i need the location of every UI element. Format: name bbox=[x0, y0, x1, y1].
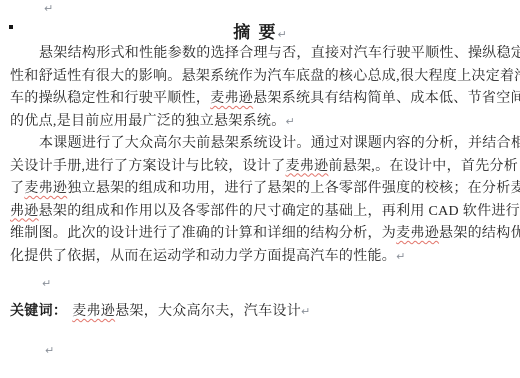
line-text: 车的操纵稳定性和行驶平顺性， bbox=[10, 91, 210, 106]
abstract-line-2: 性和舒适性有很大的影响。悬架系统作为汽车底盘的核心总成,很大程度上决定着汽 bbox=[10, 66, 510, 89]
abstract-title-line: 摘 要↵ bbox=[0, 18, 520, 43]
abstract-line-4: 的优点,是目前应用最广泛的独立悬架系统。↵ bbox=[10, 111, 510, 134]
final-pilcrow-mark: ↵ bbox=[45, 344, 54, 357]
line-text: 关设计手册,进行了方案设计与比较，设计了 bbox=[10, 159, 286, 174]
abstract-body: 悬架结构形式和性能参数的选择合理与否，直接对汽车行驶平顺性、操纵稳定 性和舒适性… bbox=[10, 43, 510, 268]
title-pilcrow-mark: ↵ bbox=[278, 28, 287, 41]
line-text: 性和舒适性有很大的影响。悬架系统作为汽车底盘的核心总成,很大程度上决定着汽 bbox=[10, 69, 520, 84]
abstract-line-5: 本课题进行了大众高尔夫前悬架系统设计。通过对课题内容的分析，并结合相 bbox=[10, 133, 510, 156]
line-text: 本课题进行了大众高尔夫前悬架系统设计。通过对课题内容的分析，并结合相 bbox=[39, 136, 520, 151]
misspelled-word: 弗逊 bbox=[10, 204, 39, 219]
abstract-line-10: 化提供了依据，从而在运动学和动力学方面提高汽车的性能。↵ bbox=[10, 246, 510, 269]
abstract-line-6: 关设计手册,进行了方案设计与比较，设计了麦弗逊前悬架,。在设计中，首先分析 bbox=[10, 156, 510, 179]
line-text: 的优点,是目前应用最广泛的独立悬架系统。 bbox=[10, 114, 286, 129]
keywords-pilcrow-mark: ↵ bbox=[301, 305, 310, 318]
line-text: 悬架系统具有结构简单、成本低、节省空间 bbox=[253, 91, 520, 106]
line-text: 悬架的结构优 bbox=[439, 226, 520, 241]
abstract-line-3: 车的操纵稳定性和行驶平顺性，麦弗逊悬架系统具有结构简单、成本低、节省空间 bbox=[10, 88, 510, 111]
line-text: 了 bbox=[10, 181, 24, 196]
keywords-line: 关键词：麦弗逊悬架，大众高尔夫，汽车设计↵ bbox=[10, 301, 310, 323]
line-text: 化提供了依据，从而在运动学和动力学方面提高汽车的性能。 bbox=[10, 249, 396, 264]
abstract-line-9: 维制图。此次的设计进行了准确的计算和详细的结构分析，为麦弗逊悬架的结构优 bbox=[10, 223, 510, 246]
misspelled-word: 麦弗逊 bbox=[286, 159, 329, 174]
misspelled-word: 麦弗逊 bbox=[210, 91, 253, 106]
keywords-label: 关键词： bbox=[10, 304, 67, 319]
line-text: 独立悬架的组成和功用，进行了悬架的上各零部件强度的校核；在分析麦 bbox=[67, 181, 520, 196]
document-page[interactable]: ↵ 摘 要↵ 悬架结构形式和性能参数的选择合理与否，直接对汽车行驶平顺性、操纵稳… bbox=[0, 0, 520, 378]
misspelled-word: 麦弗逊 bbox=[72, 304, 115, 319]
page-title: 摘 要 bbox=[233, 23, 277, 42]
keywords-text: 悬架，大众高尔夫，汽车设计 bbox=[115, 304, 301, 319]
abstract-line-8: 弗逊悬架的组成和作用以及各零部件的尺寸确定的基础上，再利用 CAD 软件进行二 bbox=[10, 201, 510, 224]
line-text: 悬架结构形式和性能参数的选择合理与否，直接对汽车行驶平顺性、操纵稳定 bbox=[39, 46, 520, 61]
paragraph-pilcrow-mark: ↵ bbox=[286, 115, 295, 128]
line-text: 维制图。此次的设计进行了准确的计算和详细的结构分析，为 bbox=[10, 226, 396, 241]
abstract-line-7: 了麦弗逊独立悬架的组成和功用，进行了悬架的上各零部件强度的校核；在分析麦 bbox=[10, 178, 510, 201]
line-text: 前悬架,。在设计中，首先分析 bbox=[328, 159, 518, 174]
paragraph-pilcrow-mark: ↵ bbox=[396, 250, 405, 263]
misspelled-word: 麦弗逊 bbox=[396, 226, 439, 241]
line-text: 悬架的组成和作用以及各零部件的尺寸确定的基础上，再利用 CAD 软件进行二 bbox=[39, 204, 520, 219]
misspelled-word: 麦弗逊 bbox=[24, 181, 67, 196]
blank-line-pilcrow-mark: ↵ bbox=[42, 277, 51, 290]
top-pilcrow-mark: ↵ bbox=[44, 2, 53, 15]
abstract-line-1: 悬架结构形式和性能参数的选择合理与否，直接对汽车行驶平顺性、操纵稳定 bbox=[10, 43, 510, 66]
